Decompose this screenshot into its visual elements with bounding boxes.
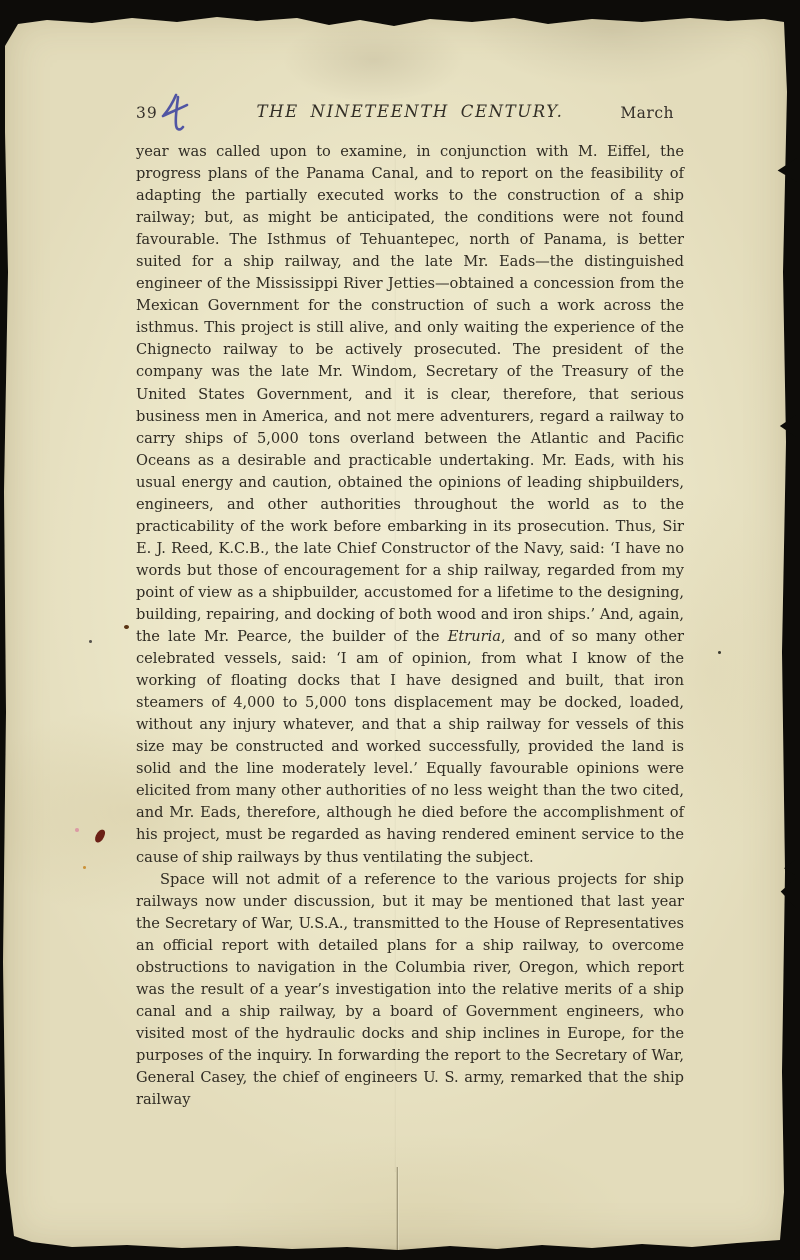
paper-speck (89, 640, 92, 643)
paragraph-1-text-cont: , and of so many other celebrated vessel… (136, 628, 684, 865)
paragraph-2: Space will not admit of a reference to t… (136, 869, 684, 1112)
article-text: year was called upon to examine, in conj… (136, 141, 684, 1111)
paper-speck (83, 866, 86, 869)
journal-title: THE NINETEENTH CENTURY. (136, 102, 684, 121)
ship-name-etruria: Etruria (448, 628, 501, 645)
running-head: 39 THE NINETEENTH CENTURY. March (136, 100, 684, 126)
paper-speck (75, 828, 79, 832)
fold-crease (396, 1167, 399, 1260)
paragraph-1-text: year was called upon to examine, in conj… (136, 143, 684, 645)
ink-blot (93, 828, 106, 844)
paper-speck (124, 625, 129, 629)
paragraph-1: year was called upon to examine, in conj… (136, 141, 684, 869)
scanned-page: 39 THE NINETEENTH CENTURY. March year wa… (2, 12, 791, 1251)
fold-crease-faint (394, 142, 397, 1172)
torn-notch (784, 860, 795, 875)
issue-month: March (620, 104, 674, 122)
paper-speck (718, 651, 721, 654)
